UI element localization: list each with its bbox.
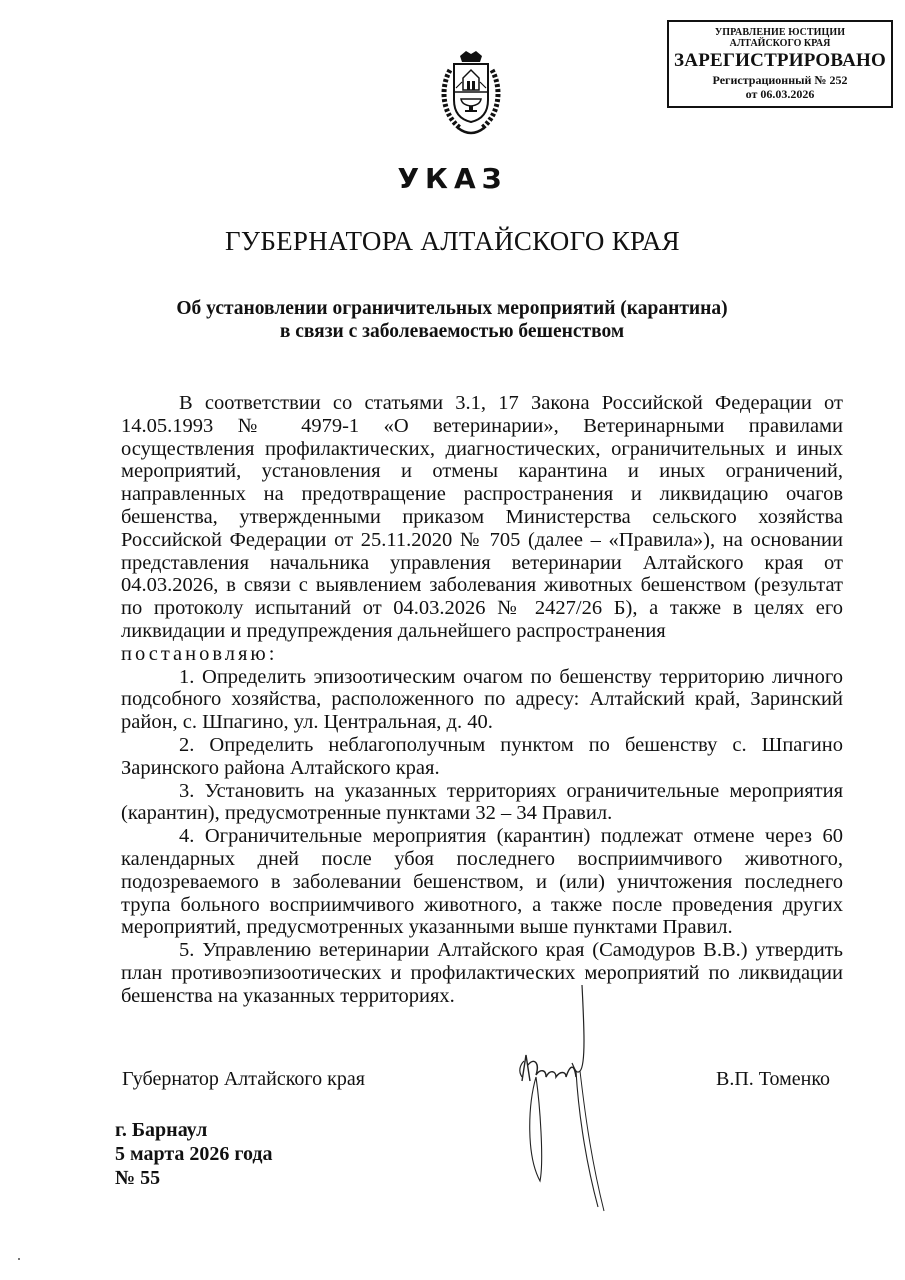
signatory-name: В.П. Томенко (716, 1068, 830, 1091)
item-3: 3. Установить на указанных территориях о… (121, 780, 843, 826)
heading-line-1: Об установлении ограничительных мероприя… (0, 297, 905, 320)
item-4: 4. Ограничительные мероприятия (карантин… (121, 825, 843, 939)
issue-details: г. Барнаул 5 марта 2026 года № 55 (115, 1118, 273, 1190)
item-2: 2. Определить неблагополучным пунктом по… (121, 734, 843, 780)
stamp-reg-number: Регистрационный № 252 (669, 74, 891, 87)
decree-word: постановляю: (121, 643, 843, 666)
preamble: В соответствии со статьями 3.1, 17 Закон… (121, 392, 843, 643)
heading-line-2: в связи с заболеваемостью бешенством (0, 320, 905, 343)
document-body: В соответствии со статьями 3.1, 17 Закон… (121, 392, 843, 1008)
issue-date: 5 марта 2026 года (115, 1142, 273, 1166)
document-issuer: ГУБЕРНАТОРА АЛТАЙСКОГО КРАЯ (0, 226, 905, 257)
document-heading: Об установлении ограничительных мероприя… (0, 297, 905, 343)
handwritten-signature-icon (500, 985, 610, 1215)
coat-of-arms-icon (436, 48, 506, 138)
issue-number: № 55 (115, 1166, 273, 1190)
item-5: 5. Управлению ветеринарии Алтайского кра… (121, 939, 843, 1007)
stamp-authority-line2: АЛТАЙСКОГО КРАЯ (669, 39, 891, 50)
item-1: 1. Определить эпизоотическим очагом по б… (121, 666, 843, 734)
issue-city: г. Барнаул (115, 1118, 273, 1142)
document-type: УКАЗ (0, 162, 905, 195)
registration-stamp: УПРАВЛЕНИЕ ЮСТИЦИИ АЛТАЙСКОГО КРАЯ ЗАРЕГ… (667, 20, 893, 108)
stamp-authority-line1: УПРАВЛЕНИЕ ЮСТИЦИИ (669, 28, 891, 39)
signatory-position: Губернатор Алтайского края (122, 1068, 365, 1091)
scan-artifact (18, 1258, 20, 1260)
stamp-status: ЗАРЕГИСТРИРОВАНО (669, 51, 891, 71)
stamp-reg-date: от 06.03.2026 (669, 88, 891, 101)
